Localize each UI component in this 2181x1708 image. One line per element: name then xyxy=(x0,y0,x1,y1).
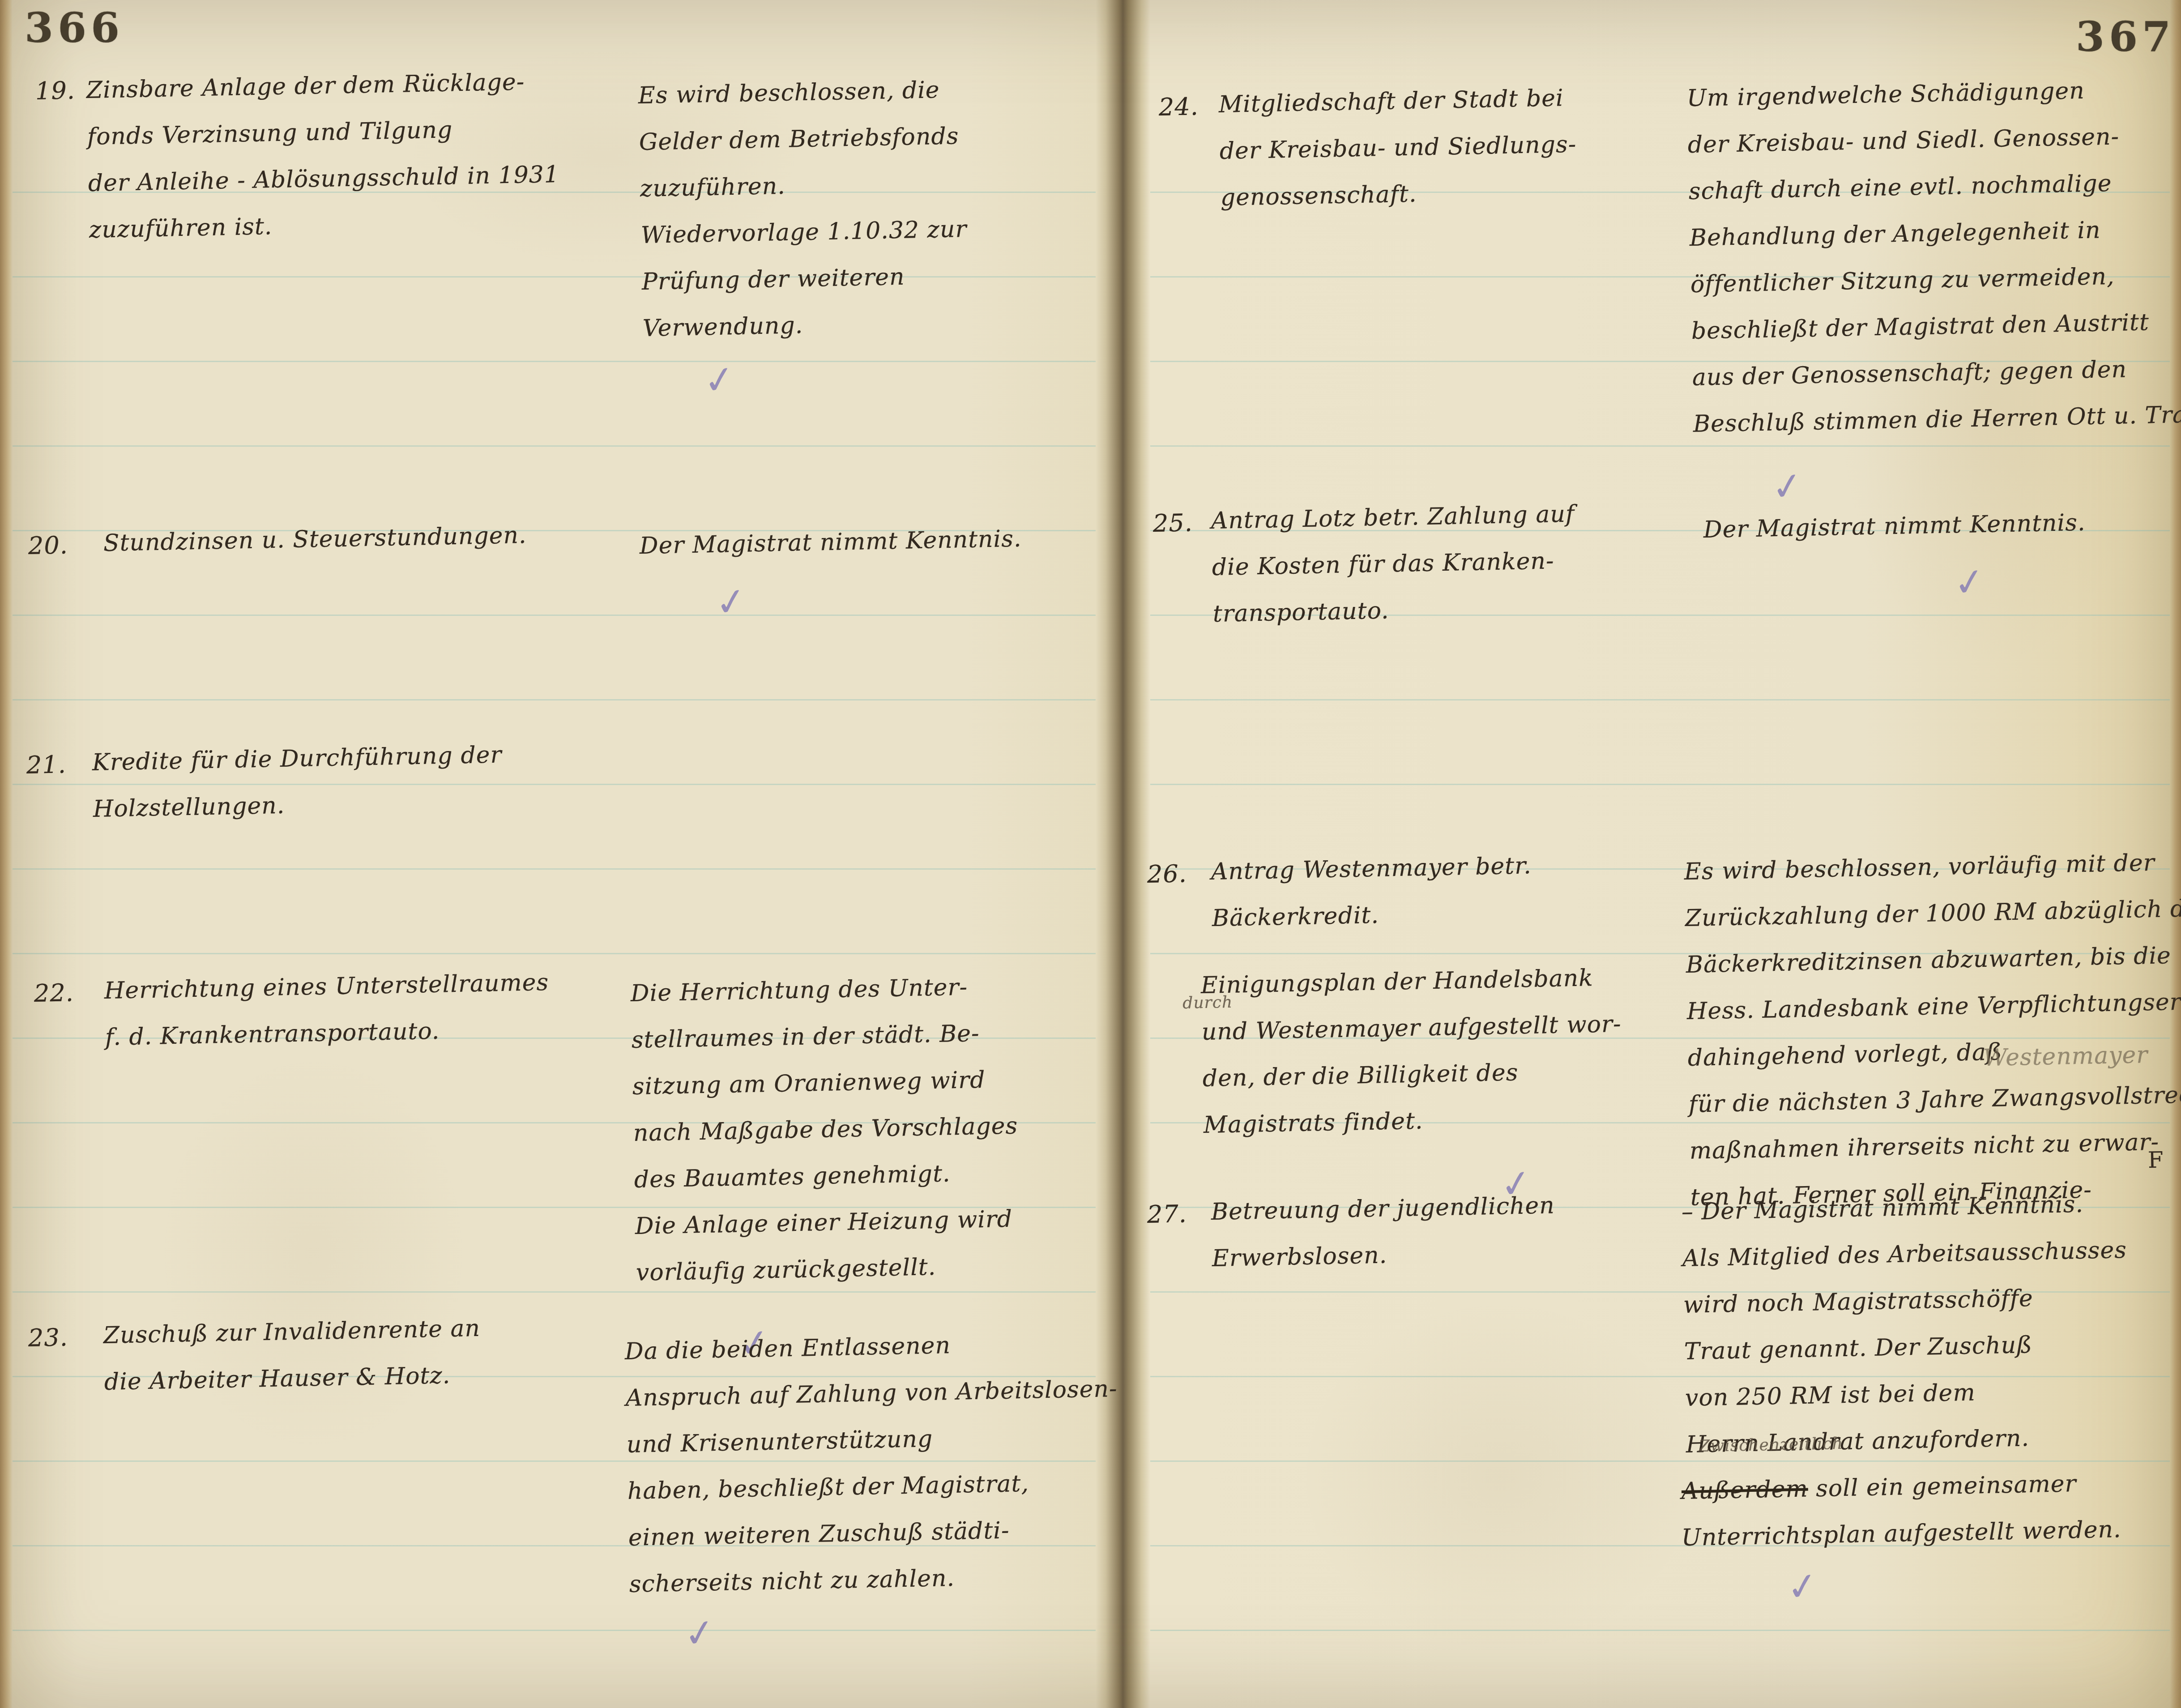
page-number-left: 366 xyxy=(25,4,124,52)
hw-line: Bäckerkredit. xyxy=(1212,889,1533,942)
hw-line: Holzstellungen. xyxy=(93,778,503,833)
checkmark-icon: ✓ xyxy=(713,578,750,626)
entry-20-item: Stundzinsen u. Steuerstundungen. xyxy=(103,512,527,567)
entry-27-number: 27. xyxy=(1147,1191,1187,1238)
hw-line: Behandlung der Angelegenheit in xyxy=(1689,205,2181,261)
entry-26-pencil-word: Westenmayer xyxy=(1983,1032,2148,1081)
entry-24-number: 24. xyxy=(1158,83,1199,131)
hw-line: Prüfung der weiteren xyxy=(641,252,968,305)
ledger-scan: 366 367 19. Zinsbare Anlage der dem Rück… xyxy=(0,0,2181,1708)
entry-21-number: 21. xyxy=(26,741,67,789)
entry-27-line-rest: soll ein gemeinsamer xyxy=(1808,1470,2077,1503)
hw-line: aus der Genossenschaft; gegen den xyxy=(1692,344,2181,401)
hw-line: von 250 RM ist bei dem xyxy=(1685,1366,2130,1422)
hw-line: Gelder dem Betriebsfonds xyxy=(639,113,965,166)
hw-line: Mitgliedschaft der Stadt bei xyxy=(1218,75,1576,128)
entry-22-resolution: Die Herrichtung des Unter-stellraumes in… xyxy=(630,963,1021,1296)
hw-line: transportauto. xyxy=(1212,584,1577,637)
hw-line: Magistrats findet. xyxy=(1203,1094,1623,1149)
entry-26-margin-letter: F xyxy=(2147,1136,2164,1183)
hw-line: nach Maßgabe des Vorschlages xyxy=(633,1102,1018,1156)
hw-line: die Arbeiter Hauser & Hotz. xyxy=(104,1352,482,1405)
entry-27-struck-word: Außerdem xyxy=(1681,1476,1808,1505)
hw-line: genossenschaft. xyxy=(1220,168,1578,221)
hw-line: der Kreisbau- und Siedlungs- xyxy=(1219,121,1577,175)
entry-27-resolution: – Der Magistrat nimmt Kenntnis.Als Mitgl… xyxy=(1681,1180,2131,1468)
hw-line: und Westenmayer aufgestellt wor- xyxy=(1201,1001,1622,1055)
entry-23-number: 23. xyxy=(28,1314,68,1362)
hw-line: die Kosten für das Kranken- xyxy=(1212,537,1576,591)
hw-line: des Bauamtes genehmigt. xyxy=(634,1149,1019,1203)
hw-line: – Der Magistrat nimmt Kenntnis. xyxy=(1681,1180,2126,1235)
entry-21-item: Kredite für die Durchführung derHolzstel… xyxy=(92,731,503,833)
entry-25-resolution: Der Magistrat nimmt Kenntnis. xyxy=(1703,500,2086,553)
hw-line: der Kreisbau- und Siedl. Genossen- xyxy=(1687,111,2181,168)
entry-27-corrected-line: Außerdem soll ein gemeinsamer xyxy=(1681,1460,2077,1515)
entry-25-number: 25. xyxy=(1152,500,1193,547)
hw-line: Anspruch auf Zahlung von Arbeitslosen- xyxy=(625,1366,1118,1422)
checkmark-icon: ✓ xyxy=(681,1610,718,1657)
hw-line: Beschluß stimmen die Herren Ott u. Traut… xyxy=(1693,391,2181,448)
entry-22-number: 22. xyxy=(34,969,74,1017)
hw-line: den, der die Billigkeit des xyxy=(1202,1047,1622,1102)
entry-27-insertion: Zwischenzeitlich xyxy=(1699,1435,1843,1456)
hw-line: Der Magistrat nimmt Kenntnis. xyxy=(1703,500,2086,553)
entry-26-paragraph: Einigungsplan der Handelsbankund Westenm… xyxy=(1200,954,1623,1149)
hw-line: Wiedervorlage 1.10.32 zur xyxy=(640,206,967,259)
hw-line: öffentlicher Sitzung zu vermeiden, xyxy=(1690,251,2181,308)
hw-line: Kredite für die Durchführung der xyxy=(92,731,502,786)
hw-line: Zinsbare Anlage der dem Rücklage- xyxy=(86,58,558,114)
hw-line: schaft durch eine evtl. nochmalige xyxy=(1688,158,2181,215)
entry-23-item: Zuschuß zur Invalidenrente andie Arbeite… xyxy=(103,1305,482,1405)
hw-line: Herrichtung eines Unterstellraumes xyxy=(104,959,549,1014)
hw-line: Traut genannt. Der Zuschuß xyxy=(1684,1320,2129,1375)
hw-line: beschließt der Magistrat den Austritt xyxy=(1691,298,2181,354)
hw-line: Die Herrichtung des Unter- xyxy=(630,963,1016,1017)
entry-19-number: 19. xyxy=(35,67,76,115)
book-edge-left xyxy=(0,0,13,1708)
hw-line: fonds Verzinsung und Tilgung xyxy=(87,105,559,160)
hw-line: Die Anlage einer Heizung wird xyxy=(635,1196,1020,1249)
hw-line: Erwerbslosen. xyxy=(1212,1229,1556,1282)
hw-line: Der Magistrat nimmt Kenntnis. xyxy=(639,516,1022,569)
hw-line: Als Mitglied des Arbeitsausschusses xyxy=(1682,1227,2127,1282)
hw-line: Antrag Westenmayer betr. xyxy=(1211,842,1532,895)
entry-27-last-line: Unterrichtsplan aufgestellt werden. xyxy=(1681,1506,2121,1561)
entry-26-resolution: Es wird beschlossen, vorläufig mit derZu… xyxy=(1684,837,2181,1221)
checkmark-icon: ✓ xyxy=(1784,1563,1821,1611)
checkmark-icon: ✓ xyxy=(1769,463,1806,511)
hw-line: Es wird beschlossen, die xyxy=(638,66,965,119)
hw-line: sitzung am Oranienweg wird xyxy=(632,1056,1017,1110)
hw-line: f. d. Krankentransportauto. xyxy=(105,1006,550,1061)
hw-line: Betreuung der jugendlichen xyxy=(1211,1182,1555,1235)
checkmark-icon: ✓ xyxy=(1951,559,1988,606)
entry-20-number: 20. xyxy=(28,522,68,569)
hw-line: zuzuführen. xyxy=(640,159,966,212)
entry-26-number: 26. xyxy=(1147,850,1187,898)
entry-20-resolution: Der Magistrat nimmt Kenntnis. xyxy=(639,516,1022,569)
entry-25-item: Antrag Lotz betr. Zahlung aufdie Kosten … xyxy=(1211,491,1577,637)
entry-19-resolution: Es wird beschlossen, dieGelder dem Betri… xyxy=(638,66,969,352)
entry-19-item: Zinsbare Anlage der dem Rücklage-fonds V… xyxy=(86,58,561,253)
entry-26-item: Antrag Westenmayer betr.Bäckerkredit. xyxy=(1211,842,1533,942)
page-number-right: 367 xyxy=(2076,13,2175,61)
hw-line: zuzuführen ist. xyxy=(89,198,561,253)
hw-line: Einigungsplan der Handelsbank xyxy=(1200,954,1621,1009)
hw-line: Verwendung. xyxy=(642,299,969,352)
entry-22-item: Herrichtung eines Unterstellraumesf. d. … xyxy=(104,959,550,1061)
hw-line: Stundzinsen u. Steuerstundungen. xyxy=(103,512,527,567)
hw-line: wird noch Magistratsschöffe xyxy=(1683,1273,2128,1328)
hw-line: stellraumes in der städt. Be- xyxy=(631,1009,1016,1063)
hw-line: Zuschuß zur Invalidenrente an xyxy=(103,1305,481,1359)
hw-line: Antrag Lotz betr. Zahlung auf xyxy=(1211,491,1575,544)
entry-24-item: Mitgliedschaft der Stadt beider Kreisbau… xyxy=(1218,75,1578,221)
entry-24-resolution: Um irgendwelche Schädigungender Kreisbau… xyxy=(1686,65,2181,447)
entry-23-resolution: Da die beiden EntlassenenAnspruch auf Za… xyxy=(624,1319,1121,1608)
entry-27-item: Betreuung der jugendlichenErwerbslosen. xyxy=(1211,1182,1556,1282)
hw-line: scherseits nicht zu zahlen. xyxy=(629,1552,1121,1608)
hw-line: vorläufig zurückgestellt. xyxy=(636,1242,1021,1296)
checkmark-icon: ✓ xyxy=(701,356,738,404)
hw-line: der Anleihe - Ablösungsschuld in 1931 xyxy=(88,151,560,207)
